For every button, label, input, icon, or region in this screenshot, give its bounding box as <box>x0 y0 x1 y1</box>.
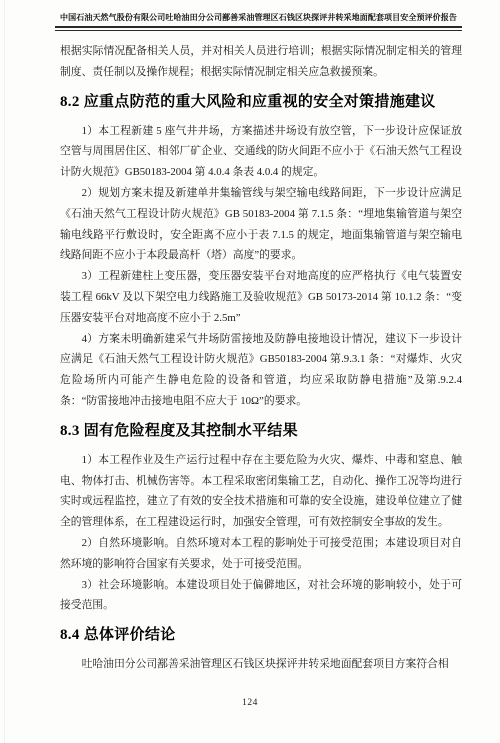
section-8-3-paragraph-3: 3）社会环境影响。本建设项目处于偏僻地区，对社会环境的影响较小，处于可接受范围。 <box>60 575 462 617</box>
document-body: 根据实际情况配备相关人员，并对相关人员进行培训；根据实际情况制定相关的管理制度、… <box>60 41 462 675</box>
section-8-2-paragraph-3: 3）工程新建柱上变压器，变压器安装平台对地高度的应严格执行《电气装置安装工程 6… <box>60 266 462 328</box>
section-8-3-heading: 8.3 固有危险程度及其控制水平结果 <box>60 421 462 441</box>
intro-paragraph: 根据实际情况配备相关人员，并对相关人员进行培训；根据实际情况制定相关的管理制度、… <box>60 41 462 83</box>
document-page: 中国石油天然气股份有限公司吐哈油田分公司鄯善采油管理区石钱区块探评井转采地面配套… <box>0 0 500 743</box>
page-number: 124 <box>242 698 258 708</box>
header-title: 中国石油天然气股份有限公司吐哈油田分公司鄯善采油管理区石钱区块探评井转采地面配套… <box>55 12 462 23</box>
section-8-2-heading: 8.2 应重点防范的重大风险和应重视的安全对策措施建议 <box>60 92 462 112</box>
section-8-4-heading: 8.4 总体评价结论 <box>60 625 462 645</box>
scan-edge-artifact <box>4 0 5 743</box>
section-8-3-paragraph-2: 2）自然环境影响。自然环境对本工程的影响处于可接受范围；本建设项目对自然环境的影… <box>60 533 462 575</box>
section-8-2-paragraph-4: 4）方案未明确新建采气井场防雷接地及防静电接地设计情况，建议下一步设计应满足《石… <box>60 329 462 412</box>
section-8-2-paragraph-2: 2）规划方案未提及新建单井集输管线与架空输电线路间距，下一步设计应满足《石油天然… <box>60 183 462 266</box>
section-8-3-paragraph-1: 1）本工程作业及生产运行过程中存在主要危险为火灾、爆炸、中毒和窒息、触电、物体打… <box>60 450 462 533</box>
page-header: 中国石油天然气股份有限公司吐哈油田分公司鄯善采油管理区石钱区块探评井转采地面配套… <box>55 12 462 31</box>
section-8-4-paragraph-1: 吐哈油田分公司鄯善采油管理区石钱区块探评井转采地面配套项目方案符合相 <box>60 654 462 675</box>
page-footer: 124 <box>0 692 500 710</box>
header-divider <box>55 26 462 31</box>
section-8-2-paragraph-1: 1）本工程新建 5 座气井井场，方案描述井场设有放空管，下一步设计应保证放空管与… <box>60 121 462 183</box>
